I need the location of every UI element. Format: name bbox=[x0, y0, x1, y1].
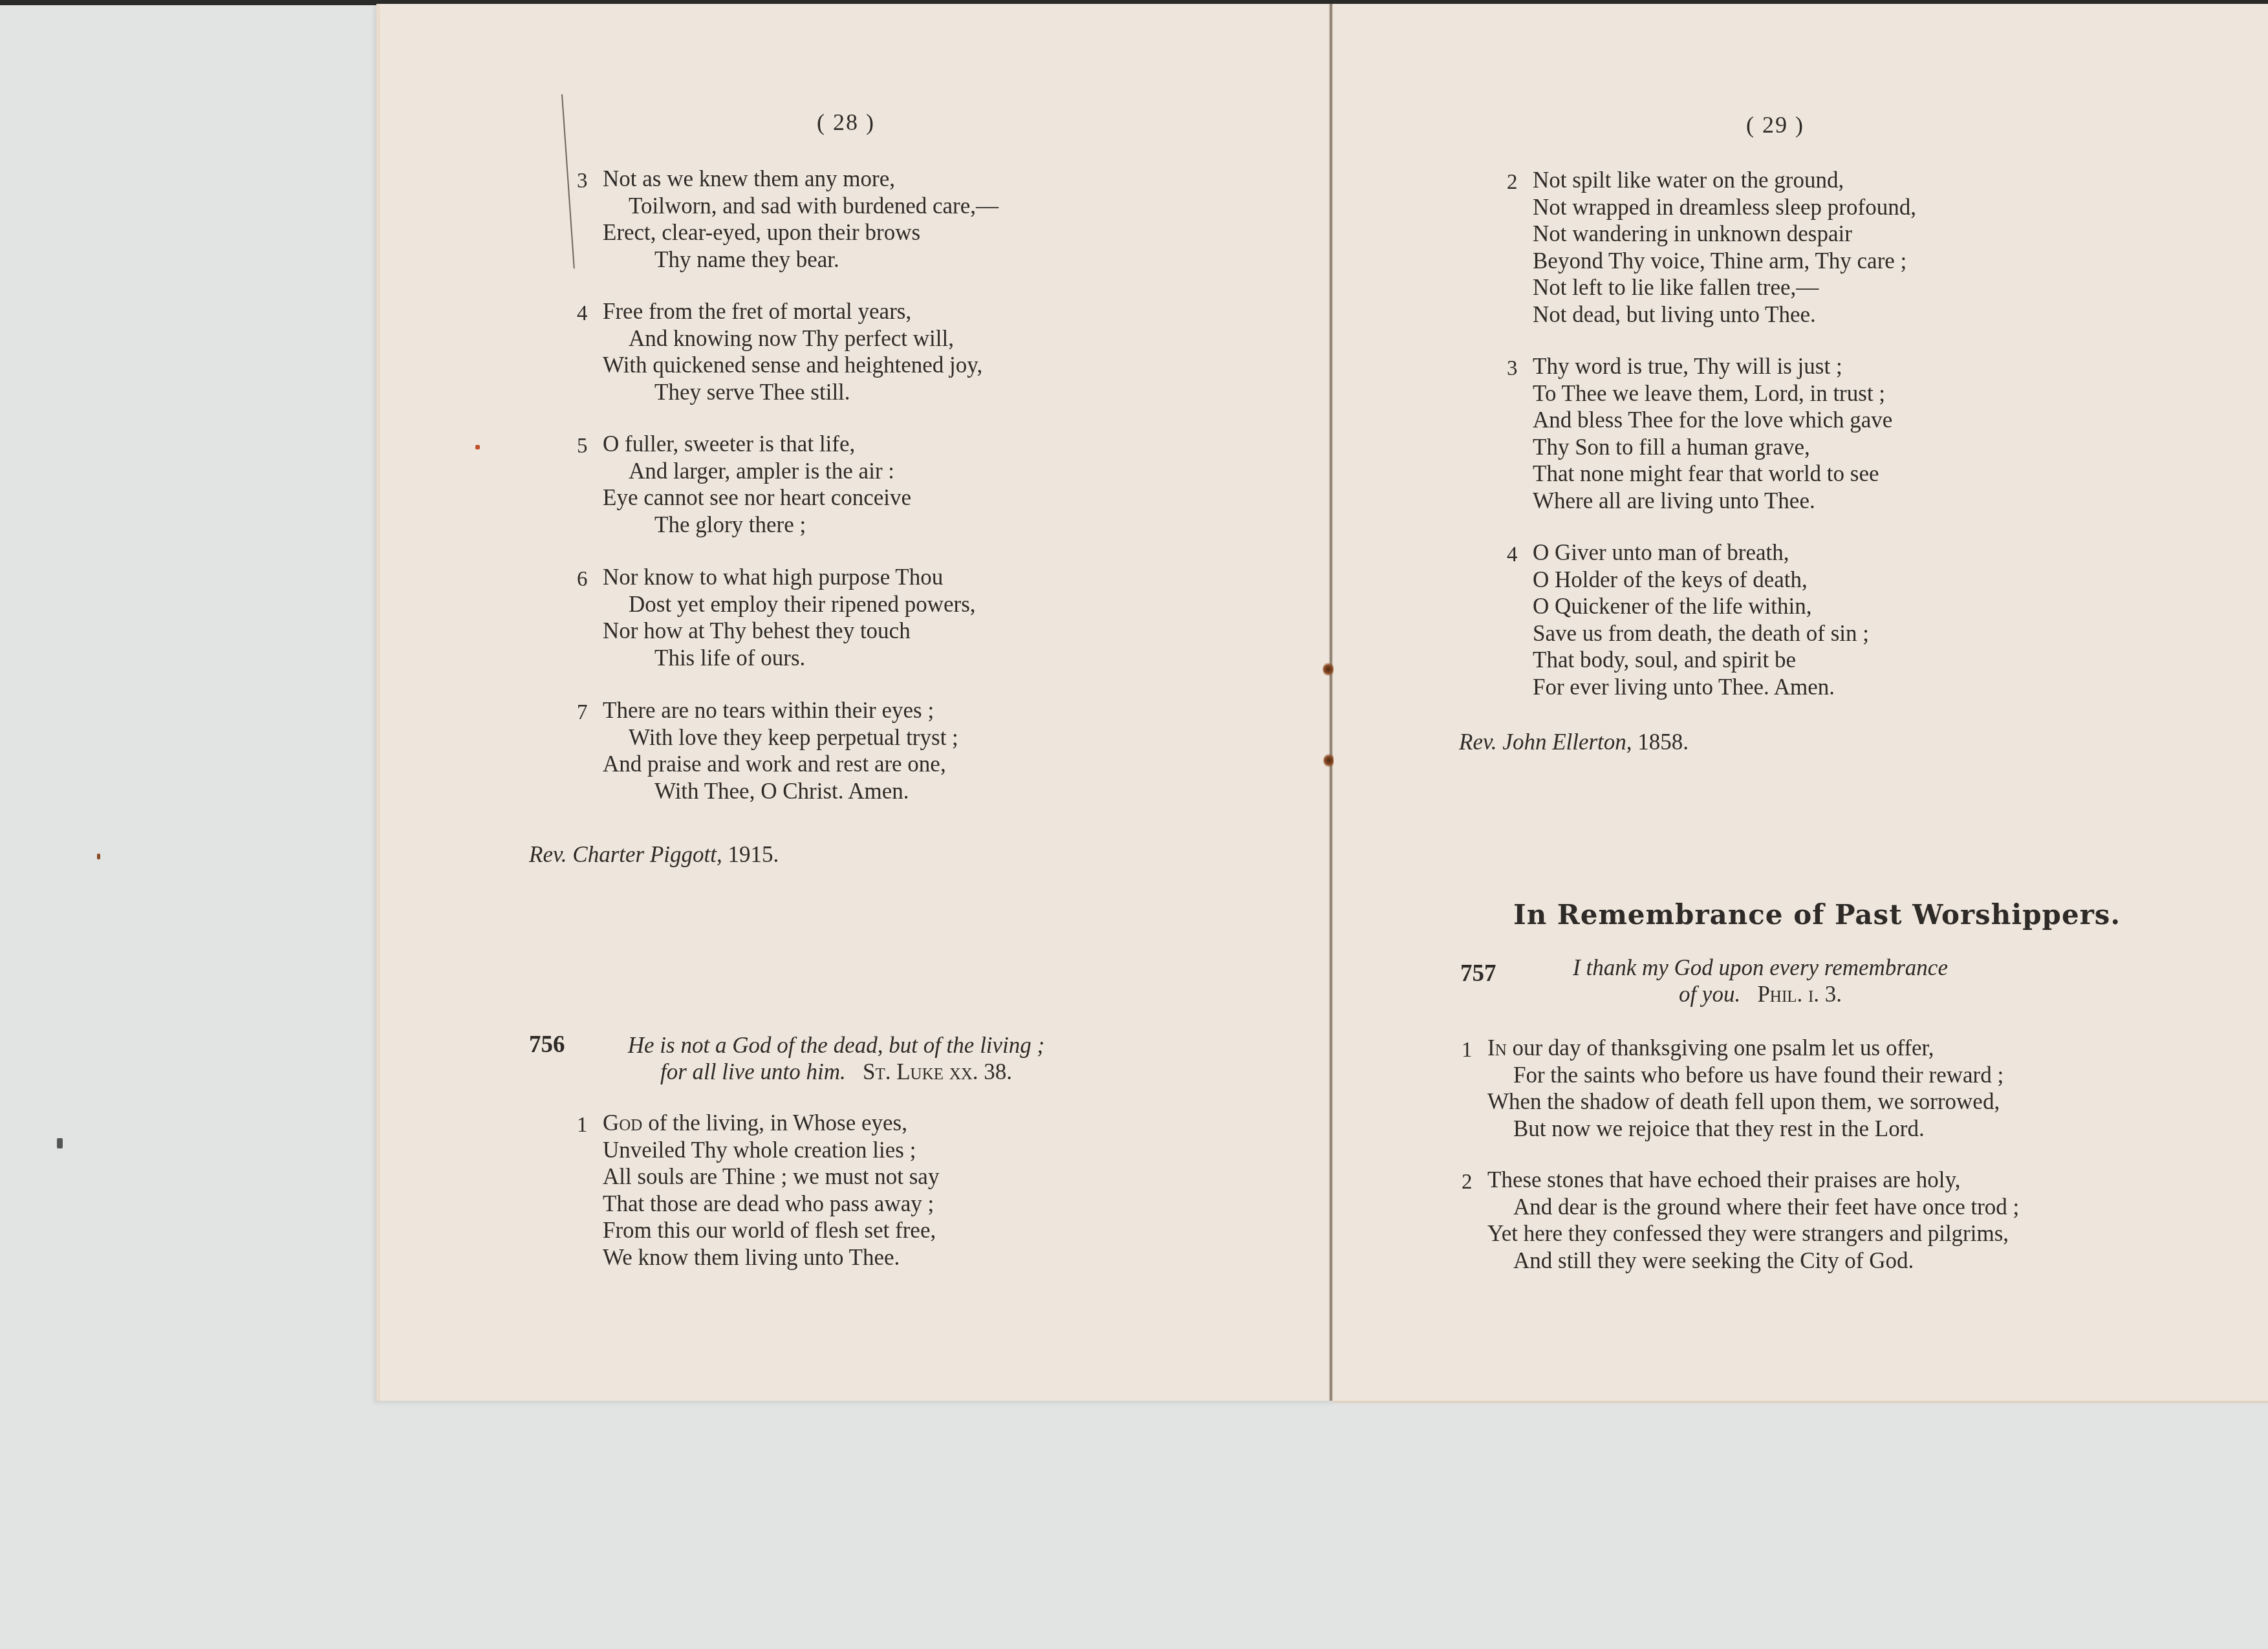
epigraph-line: I thank my God upon every remembrance bbox=[1528, 954, 1993, 981]
author-name: Rev. John Ellerton, bbox=[1459, 729, 1632, 755]
epigraph-line: of you. bbox=[1679, 982, 1740, 1007]
verse-line: O fuller, sweeter is that life, bbox=[603, 431, 911, 458]
author-year: 1915. bbox=[728, 842, 779, 867]
verse-line: And knowing now Thy perfect will, bbox=[603, 325, 982, 352]
verse-line: There are no tears within their eyes ; bbox=[603, 697, 958, 724]
drop-caps-word: God bbox=[603, 1110, 642, 1136]
hymn-number-757: 757 bbox=[1460, 960, 1496, 987]
verse-number: 1 bbox=[577, 1112, 588, 1139]
verse-4: 4 Free from the fret of mortal years, An… bbox=[603, 298, 982, 405]
scripture-reference: St. Luke xx. 38. bbox=[863, 1059, 1012, 1084]
author-attribution: Rev. John Ellerton, 1858. bbox=[1459, 729, 1689, 755]
verse-number: 6 bbox=[577, 566, 588, 594]
verse-number: 4 bbox=[1507, 542, 1518, 569]
author-name: Rev. Charter Piggott, bbox=[529, 842, 722, 867]
verse-line: Dost yet employ their ripened powers, bbox=[603, 591, 976, 618]
verse-line: And dear is the ground where their feet … bbox=[1487, 1194, 2019, 1221]
verse-line: To Thee we leave them, Lord, in trust ; bbox=[1533, 380, 1892, 407]
dust-speck bbox=[97, 854, 100, 859]
verse-5: 5 O fuller, sweeter is that life, And la… bbox=[603, 431, 911, 538]
verse-line: When the shadow of death fell upon them,… bbox=[1487, 1088, 2003, 1115]
verse-line: And larger, ampler is the air : bbox=[603, 458, 911, 485]
verse-line: Where all are living unto Thee. bbox=[1533, 488, 1892, 515]
verse-line: Not dead, but living unto Thee. bbox=[1533, 301, 1916, 329]
verse-line: With love they keep perpetual tryst ; bbox=[603, 724, 958, 751]
verse-line: For the saints who before us have found … bbox=[1487, 1062, 2003, 1089]
verse-line: our day of thanksgiving one psalm let us… bbox=[1507, 1035, 1934, 1061]
verse-line: With quickened sense and heightened joy, bbox=[603, 352, 982, 379]
verse-2: 2 Not spilt like water on the ground, No… bbox=[1533, 167, 1916, 328]
verse-line: And still they were seeking the City of … bbox=[1487, 1247, 2019, 1275]
verse-line: Nor how at Thy behest they touch bbox=[603, 618, 976, 645]
verse-line: Erect, clear-eyed, upon their brows bbox=[603, 219, 999, 246]
verse-number: 2 bbox=[1507, 169, 1518, 197]
verse-line: Yet here they confessed they were strang… bbox=[1487, 1220, 2019, 1247]
verse-number: 4 bbox=[577, 301, 588, 328]
dust-speck bbox=[57, 1138, 63, 1148]
hymn-757-verse-2: 2 These stones that have echoed their pr… bbox=[1487, 1167, 2019, 1274]
verse-line: Free from the fret of mortal years, bbox=[603, 298, 982, 325]
verse-line: That those are dead who pass away ; bbox=[603, 1191, 939, 1218]
verse-line: Not left to lie like fallen tree,— bbox=[1533, 274, 1916, 301]
verse-line: of the living, in Whose eyes, bbox=[642, 1110, 907, 1136]
author-attribution: Rev. Charter Piggott, 1915. bbox=[529, 842, 779, 868]
verse-line: O Giver unto man of breath, bbox=[1533, 539, 1869, 566]
hymn-756-verse-1: 1 God of the living, in Whose eyes, Unve… bbox=[603, 1110, 939, 1271]
left-page: ( 28 ) 3 Not as we knew them any more, T… bbox=[376, 4, 1336, 1401]
section-heading: In Remembrance of Past Worshippers. bbox=[1513, 899, 2121, 931]
verse-line: All souls are Thine ; we must not say bbox=[603, 1163, 939, 1191]
verse-number: 3 bbox=[1507, 356, 1518, 383]
verse-line: Save us from death, the death of sin ; bbox=[1533, 620, 1869, 647]
verse-line: This life of ours. bbox=[603, 645, 976, 672]
verse-line: Thy Son to fill a human grave, bbox=[1533, 434, 1892, 461]
pencil-mark bbox=[561, 94, 575, 268]
verse-line: Beyond Thy voice, Thine arm, Thy care ; bbox=[1533, 248, 1916, 275]
verse-line: With Thee, O Christ. Amen. bbox=[603, 778, 958, 805]
verse-line: Not as we knew them any more, bbox=[603, 166, 999, 193]
verse-line: That body, soul, and spirit be bbox=[1533, 647, 1869, 674]
verse-line: That none might fear that world to see bbox=[1533, 460, 1892, 488]
verse-line: And praise and work and rest are one, bbox=[603, 751, 958, 778]
scripture-reference: Phil. i. 3. bbox=[1757, 982, 1842, 1007]
verse-number: 1 bbox=[1462, 1037, 1473, 1064]
staple-rust-mark bbox=[1323, 662, 1334, 676]
epigraph-line: for all live unto him. bbox=[660, 1059, 846, 1084]
verse-line: Toilworn, and sad with burdened care,— bbox=[603, 193, 999, 220]
verse-3: 3 Not as we knew them any more, Toilworn… bbox=[603, 166, 999, 273]
verse-4: 4 O Giver unto man of breath, O Holder o… bbox=[1533, 539, 1869, 700]
verse-3: 3 Thy word is true, Thy will is just ; T… bbox=[1533, 353, 1892, 514]
verse-line: O Holder of the keys of death, bbox=[1533, 566, 1869, 594]
verse-number: 5 bbox=[577, 433, 588, 460]
verse-line: They serve Thee still. bbox=[603, 379, 982, 406]
verse-line: Unveiled Thy whole creation lies ; bbox=[603, 1137, 939, 1164]
epigraph-line: He is not a God of the dead, but of the … bbox=[626, 1032, 1046, 1059]
hymn-number-756: 756 bbox=[529, 1031, 565, 1059]
verse-line: But now we rejoice that they rest in the… bbox=[1487, 1115, 2003, 1143]
verse-line: Not wrapped in dreamless sleep profound, bbox=[1533, 194, 1916, 221]
verse-number: 2 bbox=[1462, 1169, 1473, 1196]
verse-line: For ever living unto Thee. Amen. bbox=[1533, 674, 1869, 701]
verse-line: From this our world of flesh set free, bbox=[603, 1217, 939, 1244]
hymn-757-epigraph: I thank my God upon every remembrance of… bbox=[1528, 954, 1993, 1008]
verse-line: We know them living unto Thee. bbox=[603, 1244, 939, 1271]
verse-6: 6 Nor know to what high purpose Thou Dos… bbox=[603, 564, 976, 671]
verse-line: Eye cannot see nor heart conceive bbox=[603, 484, 911, 512]
verse-number: 3 bbox=[577, 168, 588, 195]
verse-line: O Quickener of the life within, bbox=[1533, 593, 1869, 620]
verse-line: Thy name they bear. bbox=[603, 246, 999, 274]
verse-number: 7 bbox=[577, 700, 588, 727]
verse-line: Nor know to what high purpose Thou bbox=[603, 564, 976, 591]
book-gutter bbox=[1329, 4, 1333, 1401]
verse-line: Not spilt like water on the ground, bbox=[1533, 167, 1916, 194]
right-page: ( 29 ) 2 Not spilt like water on the gro… bbox=[1334, 4, 2268, 1403]
page-number-29: ( 29 ) bbox=[1746, 111, 1804, 138]
dust-speck bbox=[475, 445, 480, 449]
verse-line: And bless Thee for the love which gave bbox=[1533, 407, 1892, 434]
verse-line: Thy word is true, Thy will is just ; bbox=[1533, 353, 1892, 380]
verse-line: The glory there ; bbox=[603, 512, 911, 539]
drop-caps-word: In bbox=[1487, 1035, 1507, 1061]
hymn-757-verse-1: 1 In our day of thanksgiving one psalm l… bbox=[1487, 1035, 2003, 1142]
verse-7: 7 There are no tears within their eyes ;… bbox=[603, 697, 958, 804]
verse-line: These stones that have echoed their prai… bbox=[1487, 1167, 2019, 1194]
author-year: 1858. bbox=[1637, 729, 1689, 755]
hymn-756-epigraph: He is not a God of the dead, but of the … bbox=[626, 1032, 1046, 1085]
page-number-28: ( 28 ) bbox=[817, 109, 875, 136]
verse-line: Not wandering in unknown despair bbox=[1533, 221, 1916, 248]
